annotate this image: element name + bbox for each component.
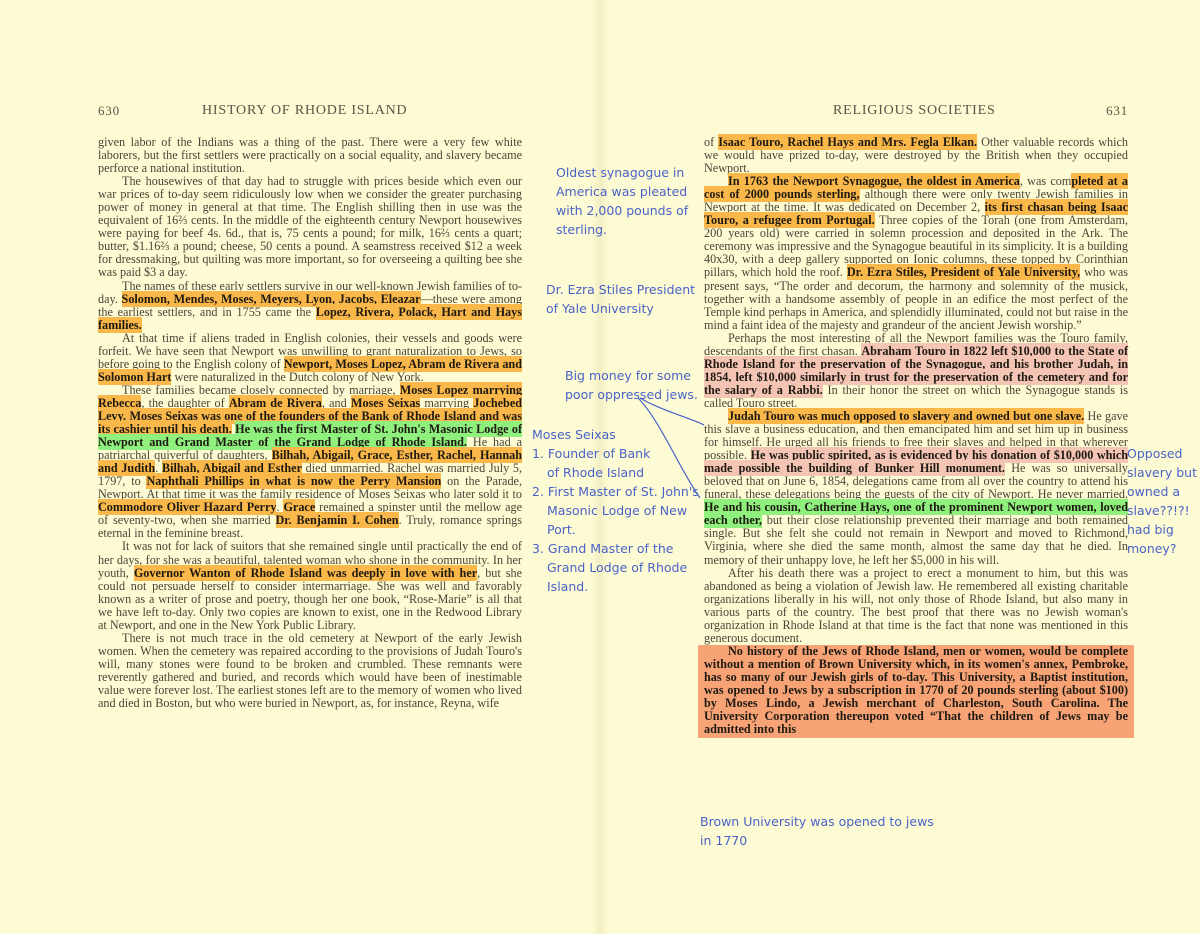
right-body-text: of Isaac Touro, Rachel Hays and Mrs. Feg… bbox=[704, 136, 1128, 738]
annotation-line: Opposed bbox=[1127, 444, 1199, 463]
paragraph: given labor of the Indians was a thing o… bbox=[98, 136, 522, 175]
text-run: were naturalized in the Dutch colony of … bbox=[171, 370, 423, 384]
right-page-number: 631 bbox=[1106, 103, 1128, 119]
annotation-seixas-item-3: 3. Grand Master of the bbox=[532, 539, 702, 558]
annotation-seixas-item-2: 2. First Master of St. John's bbox=[532, 482, 702, 501]
left-running-head: 630 HISTORY OF RHODE ISLAND bbox=[98, 103, 522, 121]
paragraph: There is not much trace in the old cemet… bbox=[98, 632, 522, 710]
text-run: There is not much trace in the old cemet… bbox=[98, 631, 522, 710]
annotation-line: slavery but bbox=[1127, 463, 1199, 482]
annotation-line: had big bbox=[1127, 520, 1199, 539]
list-text: Masonic Lodge of New bbox=[532, 501, 702, 520]
annotation-line: money? bbox=[1127, 539, 1199, 558]
annotation-money-text: Big money for some poor oppressed jews. bbox=[565, 368, 698, 402]
right-page-title: RELIGIOUS SOCIETIES bbox=[833, 103, 996, 119]
annotation-brown-university: Brown University was opened to jews in 1… bbox=[700, 812, 960, 850]
annotation-big-money: Big money for some poor oppressed jews. bbox=[565, 366, 705, 404]
list-number: 2. bbox=[532, 484, 544, 499]
paragraph: No history of the Jews of Rhode Island, … bbox=[704, 645, 1128, 738]
right-running-head: RELIGIOUS SOCIETIES 631 bbox=[704, 103, 1128, 121]
paragraph: It was not for lack of suitors that she … bbox=[98, 540, 522, 631]
text-run: No history of the Jews of Rhode Island, … bbox=[704, 644, 1128, 736]
paragraph: At that time if aliens traded in English… bbox=[98, 332, 522, 384]
annotation-line: slave??!?! bbox=[1127, 501, 1199, 520]
paragraph: The names of these early settlers surviv… bbox=[98, 280, 522, 332]
list-text: Founder of Bank bbox=[548, 446, 650, 461]
paragraph: In 1763 the Newport Synagogue, the oldes… bbox=[704, 175, 1128, 332]
left-body-text: given labor of the Indians was a thing o… bbox=[98, 136, 522, 710]
annotation-line: owned a bbox=[1127, 482, 1199, 501]
list-text: Island. bbox=[532, 577, 702, 596]
highlight-orange: Dr. Benjamin I. Cohen bbox=[276, 512, 399, 528]
list-text: of Rhode Island bbox=[532, 463, 702, 482]
paragraph: of Isaac Touro, Rachel Hays and Mrs. Feg… bbox=[704, 136, 1128, 175]
annotation-synagogue-cost: Oldest synagogue in America was pleated … bbox=[556, 163, 696, 239]
paragraph: Perhaps the most interesting of all the … bbox=[704, 332, 1128, 410]
text-run: After his death there was a project to e… bbox=[704, 566, 1128, 645]
highlight-block: No history of the Jews of Rhode Island, … bbox=[698, 645, 1134, 738]
left-page-title: HISTORY OF RHODE ISLAND bbox=[202, 103, 407, 119]
list-text: First Master of St. John's bbox=[548, 484, 699, 499]
text-run: of bbox=[704, 135, 718, 149]
left-page-number: 630 bbox=[98, 103, 120, 119]
annotation-line: Brown University was opened to jews bbox=[700, 812, 960, 831]
list-text: Port. bbox=[532, 520, 702, 539]
annotation-slavery-question: Opposed slavery but owned a slave??!?! h… bbox=[1127, 444, 1199, 558]
annotation-seixas-title: Moses Seixas bbox=[532, 425, 702, 444]
list-number: 3. bbox=[532, 541, 544, 556]
annotation-seixas-item-1: 1. Founder of Bank bbox=[532, 444, 702, 463]
annotation-line: in 1770 bbox=[700, 831, 960, 850]
annotation-moses-seixas: Moses Seixas 1. Founder of Bank of Rhode… bbox=[532, 425, 702, 596]
paragraph: After his death there was a project to e… bbox=[704, 567, 1128, 645]
list-text: Grand Lodge of Rhode bbox=[532, 558, 702, 577]
text-run: given labor of the Indians was a thing o… bbox=[98, 135, 522, 175]
paragraph: These families became closely connected … bbox=[98, 384, 522, 541]
list-number: 1. bbox=[532, 446, 544, 461]
annotation-ezra-stiles: Dr. Ezra Stiles President of Yale Univer… bbox=[546, 280, 696, 318]
text-run: The housewives of that day had to strugg… bbox=[98, 174, 522, 279]
annotation-stiles-text: Dr. Ezra Stiles President of Yale Univer… bbox=[546, 282, 695, 316]
paragraph: Judah Touro was much opposed to slavery … bbox=[704, 410, 1128, 567]
annotation-synagogue-text: Oldest synagogue in America was pleated … bbox=[556, 165, 688, 237]
text-run: but their close relationship prevented t… bbox=[704, 513, 1128, 566]
list-text: Grand Master of the bbox=[548, 541, 674, 556]
paragraph: The housewives of that day had to strugg… bbox=[98, 175, 522, 279]
